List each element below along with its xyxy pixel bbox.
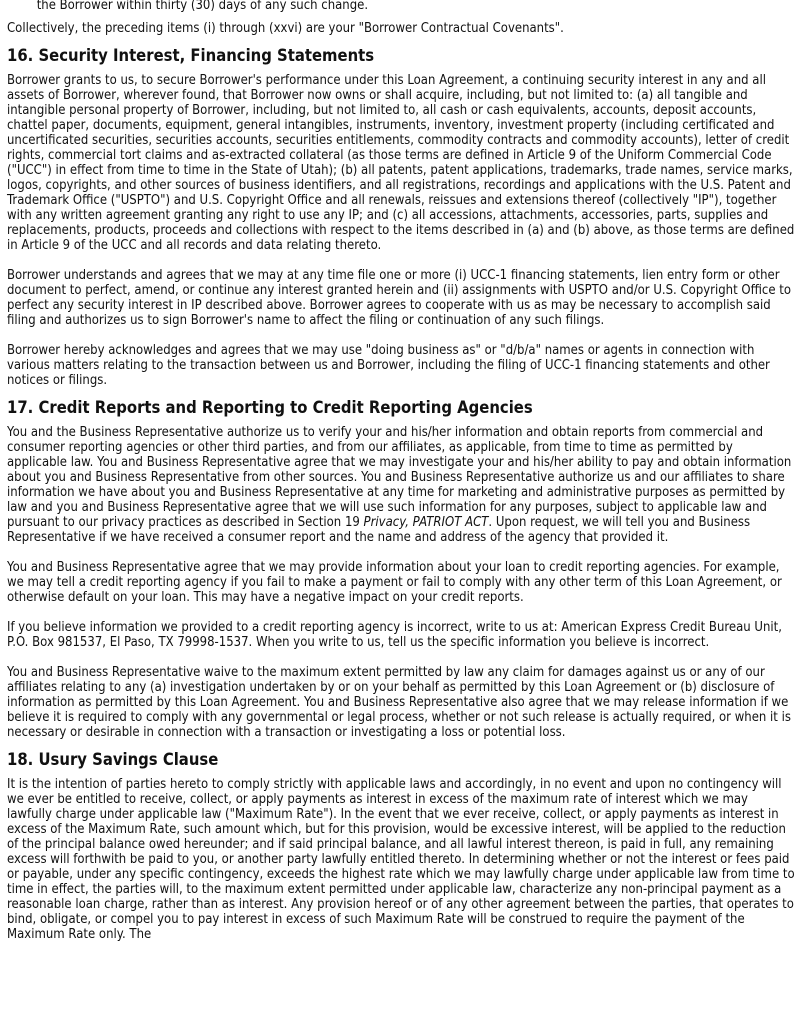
privacy-patriot-act-reference: Privacy, PATRIOT ACT <box>364 515 489 530</box>
loan-agreement-document: the Borrower within thirty (30) days of … <box>7 0 795 957</box>
document-viewport: the Borrower within thirty (30) days of … <box>0 0 800 1035</box>
section-18-heading: 18. Usury Savings Clause <box>7 750 795 770</box>
section-17-credit-reports: 17. Credit Reports and Reporting to Cred… <box>7 398 795 740</box>
section-18-usury-savings: 18. Usury Savings Clause It is the inten… <box>7 750 795 942</box>
section-17-paragraph-1: You and the Business Representative auth… <box>7 425 795 545</box>
collective-covenants-statement: Collectively, the preceding items (i) th… <box>7 21 795 36</box>
section-18-paragraph-1: It is the intention of parties hereto to… <box>7 777 795 942</box>
section-16-security-interest: 16. Security Interest, Financing Stateme… <box>7 46 795 388</box>
section-16-paragraph-2: Borrower understands and agrees that we … <box>7 268 795 328</box>
section-17-paragraph-4: You and Business Representative waive to… <box>7 665 795 740</box>
section-16-heading: 16. Security Interest, Financing Stateme… <box>7 46 795 66</box>
section-16-paragraph-1: Borrower grants to us, to secure Borrowe… <box>7 73 795 253</box>
section-16-paragraph-3: Borrower hereby acknowledges and agrees … <box>7 343 795 388</box>
section-17-paragraph-2: You and Business Representative agree th… <box>7 560 795 605</box>
continued-covenant-item: the Borrower within thirty (30) days of … <box>37 0 796 13</box>
section-17-paragraph-3: If you believe information we provided t… <box>7 620 795 650</box>
section-17-heading: 17. Credit Reports and Reporting to Cred… <box>7 398 795 418</box>
